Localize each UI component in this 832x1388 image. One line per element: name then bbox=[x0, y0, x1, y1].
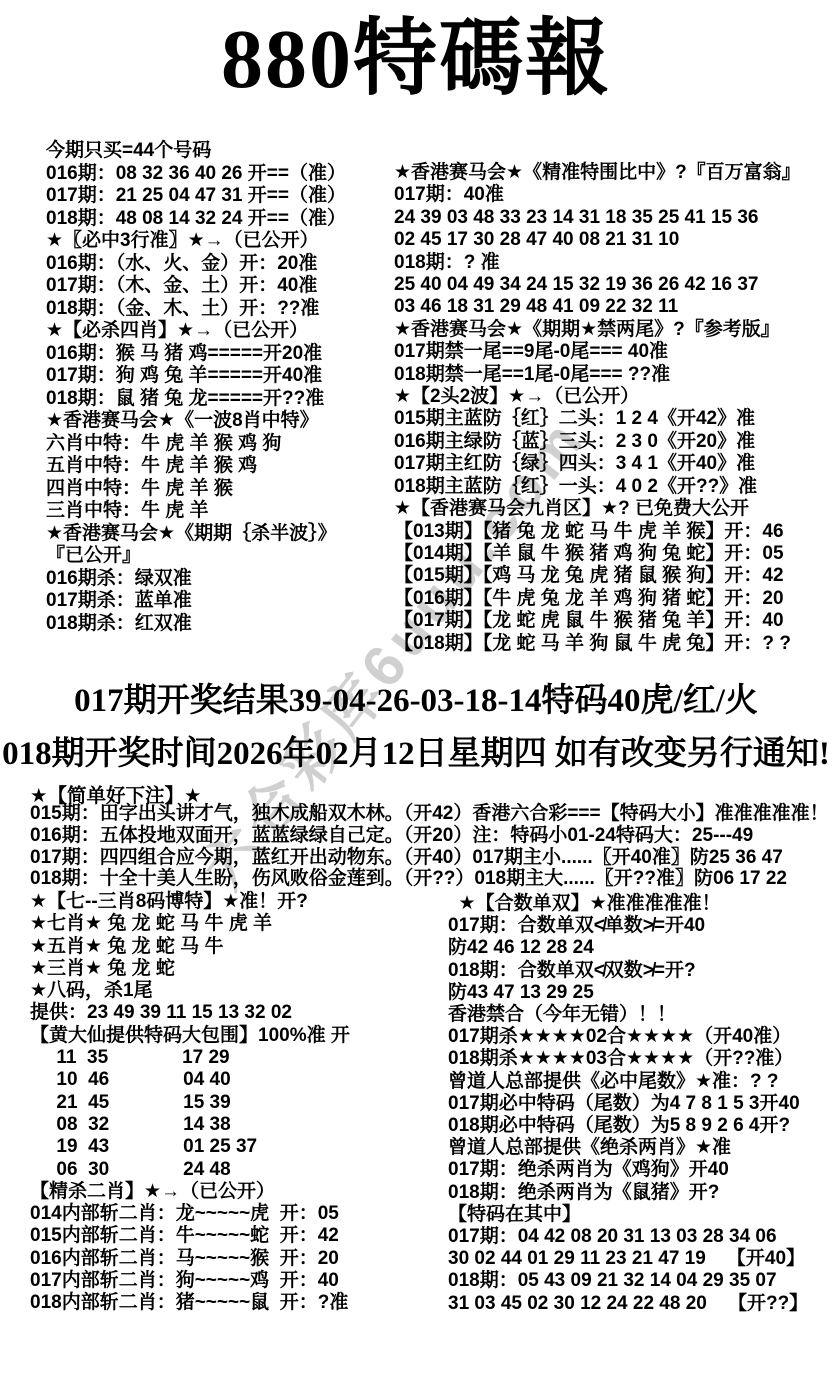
text-line: 06 30 24 48 bbox=[30, 1159, 350, 1181]
text-line: 【黄大仙提供特码大包围】100%准 开 bbox=[30, 1025, 350, 1047]
text-line: 018期：05 43 09 21 32 14 04 29 35 07 bbox=[448, 1270, 808, 1292]
text-line: 018期禁一尾==1尾-0尾=== ??准 bbox=[394, 364, 801, 386]
text-line: ★【七--三肖8码博特】★准！开? bbox=[30, 891, 350, 913]
text-line: ★三肖★ 兔 龙 蛇 bbox=[30, 958, 350, 980]
text-line: ★【必杀四肖】★→（已公开） bbox=[46, 320, 346, 343]
text-line: 016期杀：绿双准 bbox=[46, 568, 346, 591]
text-line: 018期主蓝防｛红｝一头：4 0 2《开??》准 bbox=[394, 476, 801, 498]
text-line: 【017期】【龙 蛇 虎 鼠 牛 猴 猪 兔 羊】开：40 bbox=[394, 610, 801, 632]
poem-and-size-lines: 015期：田字出头讲才气，独木成船双木林。（开42）香港六合彩===【特码大小】… bbox=[30, 803, 829, 890]
text-line: 018期：十全十美人生盼，伤风败俗金莲到。（开??）018期主大......〖开… bbox=[30, 868, 829, 890]
text-line: 19 43 01 25 37 bbox=[30, 1136, 350, 1158]
text-line: 015期主蓝防｛红｝二头：1 2 4《开42》准 bbox=[394, 408, 801, 430]
text-line: 018期：48 08 14 32 24 开==（准） bbox=[46, 208, 346, 231]
text-line: 018期：绝杀两肖为《鼠猪》开? bbox=[448, 1182, 808, 1204]
text-line: 018期：合数单双≮双数≯=开? bbox=[448, 960, 808, 982]
text-line: 02 45 17 30 28 47 40 08 21 31 10 bbox=[394, 229, 801, 251]
text-line: 016期：（水、火、金）开：20准 bbox=[46, 253, 346, 276]
text-line: 曾道人总部提供《必中尾数》★准：? ? bbox=[448, 1071, 808, 1093]
top-left-column: 今期只买=44个号码016期：08 32 36 40 26 开==（准）017期… bbox=[46, 140, 346, 635]
text-line: 03 46 18 31 29 48 41 09 22 32 11 bbox=[394, 296, 801, 318]
text-line: 08 32 14 38 bbox=[30, 1114, 350, 1136]
text-line: 018期：? 准 bbox=[394, 252, 801, 274]
text-line: 017期必中特码（尾数）为4 7 8 1 5 3开40 bbox=[448, 1093, 808, 1115]
text-line: 015期：田字出头讲才气，独木成船双木林。（开42）香港六合彩===【特码大小】… bbox=[30, 803, 829, 825]
text-line: 016期：五体投地双面开，蓝蓝绿绿自己定。（开20）注：特码小01-24特码大：… bbox=[30, 825, 829, 847]
text-line: 『已公开』 bbox=[46, 545, 346, 568]
text-line: 017期：绝杀两肖为《鸡狗》开40 bbox=[448, 1159, 808, 1181]
text-line: 【015期】【鸡 马 龙 兔 虎 猪 鼠 猴 狗】开：42 bbox=[394, 565, 801, 587]
text-line: 21 45 15 39 bbox=[30, 1092, 350, 1114]
text-line: 10 46 04 40 bbox=[30, 1069, 350, 1091]
text-line: 016期主绿防｛蓝｝三头：2 3 0《开20》准 bbox=[394, 431, 801, 453]
text-line: 016期：08 32 36 40 26 开==（准） bbox=[46, 163, 346, 186]
text-line: 014内部斩二肖：龙~~~~~虎 开：05 bbox=[30, 1203, 350, 1225]
text-line: 25 40 04 49 34 24 15 32 19 36 26 42 16 3… bbox=[394, 274, 801, 296]
text-line: 【018期】【龙 蛇 马 羊 狗 鼠 牛 虎 兔】开：? ? bbox=[394, 633, 801, 655]
text-line: 018期：鼠 猪 兔 龙=====开??准 bbox=[46, 388, 346, 411]
text-line: 防42 46 12 28 24 bbox=[448, 937, 808, 959]
text-line: ★香港赛马会★《精准特围比中》?『百万富翁』 bbox=[394, 162, 801, 184]
text-line: 017期禁一尾==9尾-0尾=== 40准 bbox=[394, 341, 801, 363]
text-line: 四肖中特：牛 虎 羊 猴 bbox=[46, 478, 346, 501]
text-line: ★七肖★ 兔 龙 蛇 马 牛 虎 羊 bbox=[30, 913, 350, 935]
text-line: ★〖必中3行准〗★→（已公开） bbox=[46, 230, 346, 253]
tip-sheet-page: 六合彩库6uuu.com 880特碼報 今期只买=44个号码016期：08 32… bbox=[0, 0, 832, 1388]
text-line: 防43 47 13 29 25 bbox=[448, 982, 808, 1004]
text-line: 016期：猴 马 猪 鸡=====开20准 bbox=[46, 343, 346, 366]
text-line: 11 35 17 29 bbox=[30, 1047, 350, 1069]
result-banner-017: 017期开奖结果39-04-26-03-18-14特码40虎/红/火 bbox=[0, 674, 832, 721]
text-line: 017期：40准 bbox=[394, 184, 801, 206]
draw-time-banner-018: 018期开奖时间2026年02月12日星期四 如有改变另行通知! bbox=[0, 727, 832, 774]
text-line: 24 39 03 48 33 23 14 31 18 35 25 41 15 3… bbox=[394, 207, 801, 229]
text-line: 香港禁合（今年无错）！！ bbox=[448, 1004, 808, 1026]
text-line: 018期杀★★★★03合★★★★（开??准） bbox=[448, 1048, 808, 1070]
text-line: ★【香港赛马会九肖区】★? 已免费大公开 bbox=[394, 498, 801, 520]
text-line: 017期：合数单双≮单数≯=开40 bbox=[448, 915, 808, 937]
text-line: 31 03 45 02 30 12 24 22 48 20 【开??】 bbox=[448, 1293, 808, 1315]
text-line: 提供：23 49 39 11 15 13 32 02 bbox=[30, 1002, 350, 1024]
bottom-left-column: ★【七--三肖8码博特】★准！开?★七肖★ 兔 龙 蛇 马 牛 虎 羊★五肖★ … bbox=[30, 891, 350, 1315]
bottom-right-column: ★【合数单双】★准准准准准！017期：合数单双≮单数≯=开40防42 46 12… bbox=[448, 893, 808, 1315]
text-line: ★香港赛马会★《一波8肖中特》 bbox=[46, 410, 346, 433]
text-line: 【014期】【羊 鼠 牛 猴 猪 鸡 狗 兔 蛇】开：05 bbox=[394, 543, 801, 565]
text-line: ★香港赛马会★《期期★禁两尾》?『参考版』 bbox=[394, 319, 801, 341]
text-line: 三肖中特：牛 虎 羊 bbox=[46, 500, 346, 523]
text-line: 017内部斩二肖：狗~~~~~鸡 开：40 bbox=[30, 1270, 350, 1292]
text-line: 016内部斩二肖：马~~~~~猴 开：20 bbox=[30, 1248, 350, 1270]
text-line: 015内部斩二肖：牛~~~~~蛇 开：42 bbox=[30, 1225, 350, 1247]
text-line: 今期只买=44个号码 bbox=[46, 140, 346, 163]
text-line: 017期：四四组合应今期，蓝红开出动物东。（开40）017期主小......〖开… bbox=[30, 847, 829, 869]
text-line: 五肖中特：牛 虎 羊 猴 鸡 bbox=[46, 455, 346, 478]
text-line: 017期：（木、金、土）开：40准 bbox=[46, 275, 346, 298]
text-line: 017期杀：蓝单准 bbox=[46, 590, 346, 613]
text-line: ★五肖★ 兔 龙 蛇 马 牛 bbox=[30, 936, 350, 958]
text-line: 017期：狗 鸡 兔 羊=====开40准 bbox=[46, 365, 346, 388]
text-line: 【精杀二肖】★→（已公开） bbox=[30, 1181, 350, 1203]
text-line: 曾道人总部提供《绝杀两肖》★准 bbox=[448, 1137, 808, 1159]
text-line: ★【2头2波】★→（已公开） bbox=[394, 386, 801, 408]
text-line: 017期主红防｛绿｝四头：3 4 1《开40》准 bbox=[394, 453, 801, 475]
text-line: 【013期】【猪 兔 龙 蛇 马 牛 虎 羊 猴】开：46 bbox=[394, 521, 801, 543]
text-line: ★八码，杀1尾 bbox=[30, 980, 350, 1002]
page-title: 880特碼報 bbox=[0, 14, 832, 106]
text-line: 30 02 44 01 29 11 23 21 47 19 【开40】 bbox=[448, 1248, 808, 1270]
text-line: 018期杀：红双准 bbox=[46, 613, 346, 636]
text-line: 六肖中特：牛 虎 羊 猴 鸡 狗 bbox=[46, 433, 346, 456]
text-line: ★香港赛马会★《期期｛杀半波｝》 bbox=[46, 523, 346, 546]
text-line: ★【合数单双】★准准准准准！ bbox=[448, 893, 808, 915]
text-line: 018期：（金、木、土）开：??准 bbox=[46, 298, 346, 321]
text-line: 017期：21 25 04 47 31 开==（准） bbox=[46, 185, 346, 208]
text-line: 018期必中特码（尾数）为5 8 9 2 6 4开? bbox=[448, 1115, 808, 1137]
text-line: 017期：04 42 08 20 31 13 03 28 34 06 bbox=[448, 1226, 808, 1248]
text-line: 018内部斩二肖：猪~~~~~鼠 开：?准 bbox=[30, 1292, 350, 1314]
text-line: 【016期】【牛 虎 兔 龙 羊 鸡 狗 猪 蛇】开：20 bbox=[394, 588, 801, 610]
top-right-column: ★香港赛马会★《精准特围比中》?『百万富翁』017期：40准24 39 03 4… bbox=[394, 162, 801, 655]
text-line: 017期杀★★★★02合★★★★（开40准） bbox=[448, 1026, 808, 1048]
text-line: 【特码在其中】 bbox=[448, 1204, 808, 1226]
